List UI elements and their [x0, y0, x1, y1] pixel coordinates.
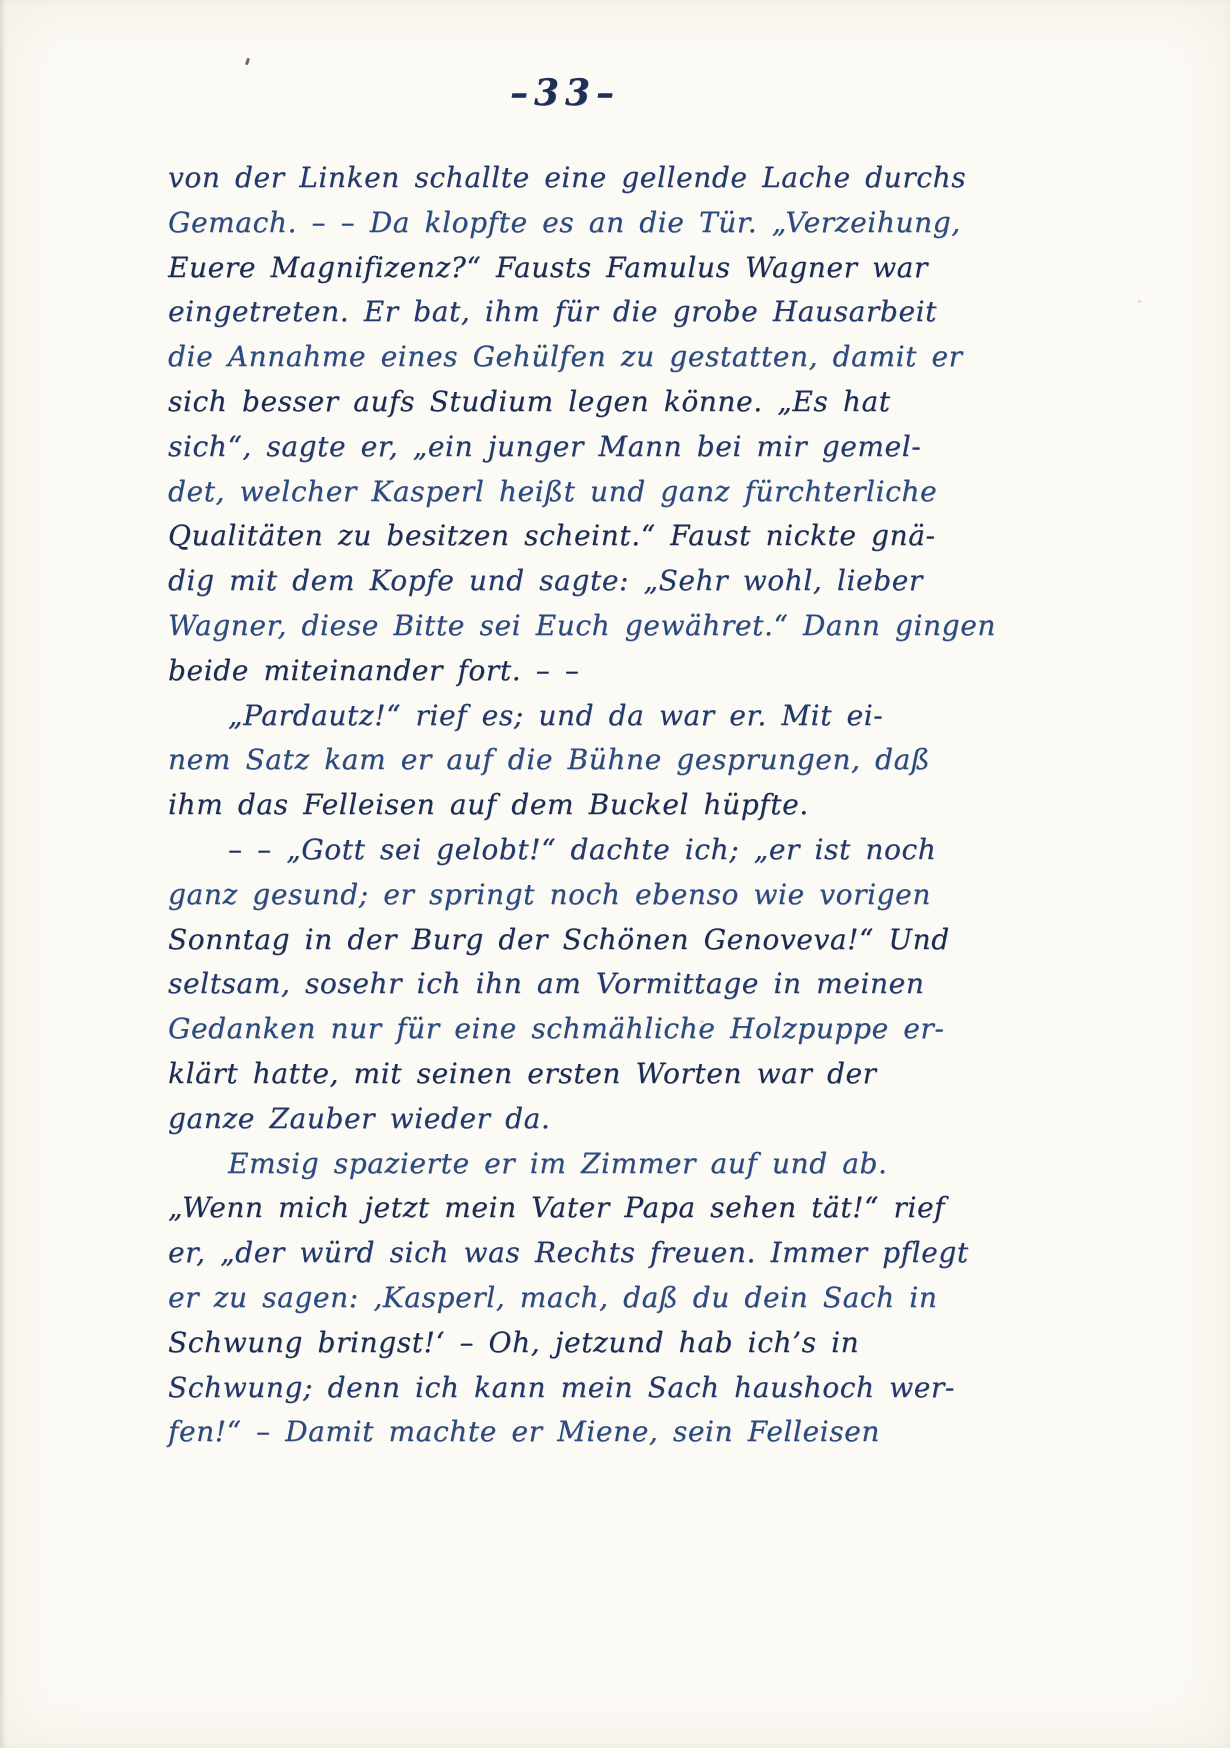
- manuscript-line: sich besser aufs Studium legen könne. „E…: [168, 380, 1088, 425]
- manuscript-body: von der Linken schallte eine gellende La…: [168, 156, 1088, 1455]
- manuscript-line: Wagner, diese Bitte sei Euch gewähret.“ …: [168, 604, 1088, 649]
- manuscript-line: Sonntag in der Burg der Schönen Genoveva…: [168, 918, 1088, 963]
- manuscript-line: ganze Zauber wieder da.: [168, 1097, 1088, 1142]
- manuscript-line: det, welcher Kasperl heißt und ganz fürc…: [168, 470, 1088, 515]
- manuscript-line: „Pardautz!“ rief es; und da war er. Mit …: [168, 694, 1088, 739]
- manuscript-line: Emsig spazierte er im Zimmer auf und ab.: [168, 1142, 1088, 1187]
- page-number: –33–: [455, 72, 675, 114]
- manuscript-line: beide miteinander fort. – –: [168, 649, 1088, 694]
- manuscript-line: sich“, sagte er, „ein junger Mann bei mi…: [168, 425, 1088, 470]
- manuscript-line: Qualitäten zu besitzen scheint.“ Faust n…: [168, 514, 1088, 559]
- paper-fleck: [1138, 300, 1141, 303]
- manuscript-line: – – „Gott sei gelobt!“ dachte ich; „er i…: [168, 828, 1088, 873]
- manuscript-line: nem Satz kam er auf die Bühne gesprungen…: [168, 738, 1088, 783]
- manuscript-line: klärt hatte, mit seinen ersten Worten wa…: [168, 1052, 1088, 1097]
- manuscript-line: die Annahme eines Gehülfen zu gestatten,…: [168, 335, 1088, 380]
- manuscript-line: dig mit dem Kopfe und sagte: „Sehr wohl,…: [168, 559, 1088, 604]
- manuscript-line: ihm das Felleisen auf dem Buckel hüpfte.: [168, 783, 1088, 828]
- manuscript-line: seltsam, sosehr ich ihn am Vormittage in…: [168, 962, 1088, 1007]
- ink-speck: [245, 58, 250, 66]
- manuscript-line: fen!“ – Damit machte er Miene, sein Fell…: [168, 1410, 1088, 1455]
- manuscript-line: er, „der würd sich was Rechts freuen. Im…: [168, 1231, 1088, 1276]
- manuscript-line: Schwung; denn ich kann mein Sach haushoc…: [168, 1366, 1088, 1411]
- manuscript-line: ganz gesund; er springt noch ebenso wie …: [168, 873, 1088, 918]
- manuscript-line: „Wenn mich jetzt mein Vater Papa sehen t…: [168, 1186, 1088, 1231]
- manuscript-line: er zu sagen: ‚Kasperl, mach, daß du dein…: [168, 1276, 1088, 1321]
- manuscript-line: Gedanken nur für eine schmähliche Holzpu…: [168, 1007, 1088, 1052]
- manuscript-line: Schwung bringst!‘ – Oh, jetzund hab ich’…: [168, 1321, 1088, 1366]
- manuscript-line: Gemach. – – Da klopfte es an die Tür. „V…: [168, 201, 1088, 246]
- manuscript-line: von der Linken schallte eine gellende La…: [168, 156, 1088, 201]
- manuscript-line: Euere Magnifizenz?“ Fausts Famulus Wagne…: [168, 246, 1088, 291]
- manuscript-page: –33– von der Linken schallte eine gellen…: [0, 0, 1230, 1748]
- manuscript-line: eingetreten. Er bat, ihm für die grobe H…: [168, 290, 1088, 335]
